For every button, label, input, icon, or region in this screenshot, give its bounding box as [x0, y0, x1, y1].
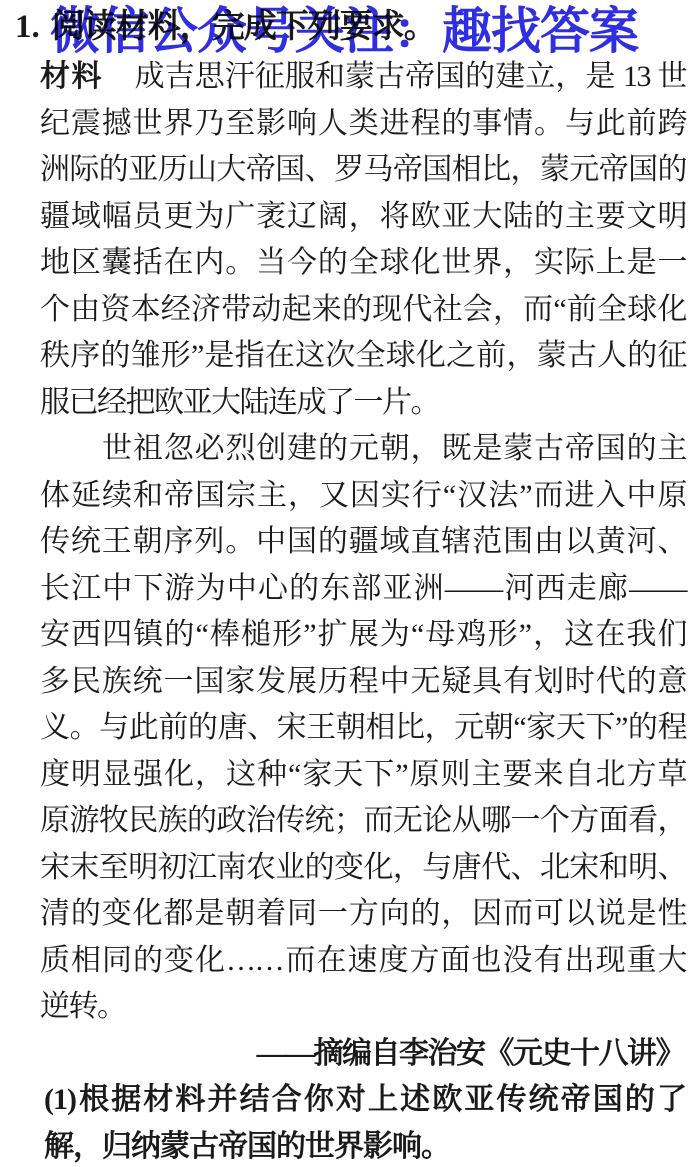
material-body: 材料成吉思汗征服和蒙古帝国的建立，是 13 世 纪震撼世界乃至影响人类进程的事情… — [0, 54, 700, 1167]
question-number: 1. — [15, 9, 40, 45]
material-line: 体延续和帝国宗主，又因实行“汉法”而进入中原 — [0, 473, 700, 520]
material-line: 洲际的亚历山大帝国、罗马帝国相比，蒙元帝国的 — [0, 147, 700, 194]
sub-question-line: (1)根据材料并结合你对上述欧亚传统帝国的了 — [0, 1077, 700, 1124]
material-line: 地区囊括在内。当今的全球化世界，实际上是一 — [0, 240, 700, 287]
material-line: 义。与此前的唐、宋王朝相比，元朝“家天下”的程 — [0, 705, 700, 752]
exam-page: 1.阅读材料，完成下列要求。 微信公众号关注：趣找答案 材料成吉思汗征服和蒙古帝… — [0, 0, 700, 1167]
sub-question-line: 解，归纳蒙古帝国的世界影响。 — [0, 1124, 700, 1167]
material-line: 原游牧民族的政治传统；而无论从哪一个方面看， — [0, 798, 700, 845]
material-line: 传统王朝序列。中国的疆域直辖范围由以黄河、 — [0, 519, 700, 566]
material-line-text: 成吉思汗征服和蒙古帝国的建立，是 13 世 — [133, 60, 686, 93]
material-line: 长江中下游为中心的东部亚洲——河西走廊—— — [0, 566, 700, 613]
material-line: 宋末至明初江南农业的变化，与唐代、北宋和明、 — [0, 845, 700, 892]
material-line: 世祖忽必烈创建的元朝，既是蒙古帝国的主 — [0, 426, 700, 473]
material-line: 服已经把欧亚大陆连成了一片。 — [0, 380, 700, 427]
material-line: 质相同的变化……而在速度方面也没有出现重大 — [0, 938, 700, 985]
material-line: 个由资本经济带动起来的现代社会，而“前全球化 — [0, 287, 700, 334]
material-label: 材料 — [40, 60, 103, 93]
material-line: 疆域幅员更为广袤辽阔，将欧亚大陆的主要文明 — [0, 194, 700, 241]
wechat-watermark: 微信公众号关注：趣找答案 — [50, 0, 638, 62]
material-line: 多民族统一国家发展历程中无疑具有划时代的意 — [0, 659, 700, 706]
material-line: 纪震撼世界乃至影响人类进程的事情。与此前跨 — [0, 101, 700, 148]
material-line: 逆转。 — [0, 984, 700, 1031]
source-attribution: ——摘编自李治安《元史十八讲》 — [0, 1031, 700, 1078]
material-line: 清的变化都是朝着同一方向的，因而可以说是性 — [0, 891, 700, 938]
material-line: 安西四镇的“棒槌形”扩展为“母鸡形”，这在我们 — [0, 612, 700, 659]
material-line: 度明显强化，这种“家天下”原则主要来自北方草 — [0, 752, 700, 799]
material-line: 秩序的雏形”是指在这次全球化之前，蒙古人的征 — [0, 333, 700, 380]
